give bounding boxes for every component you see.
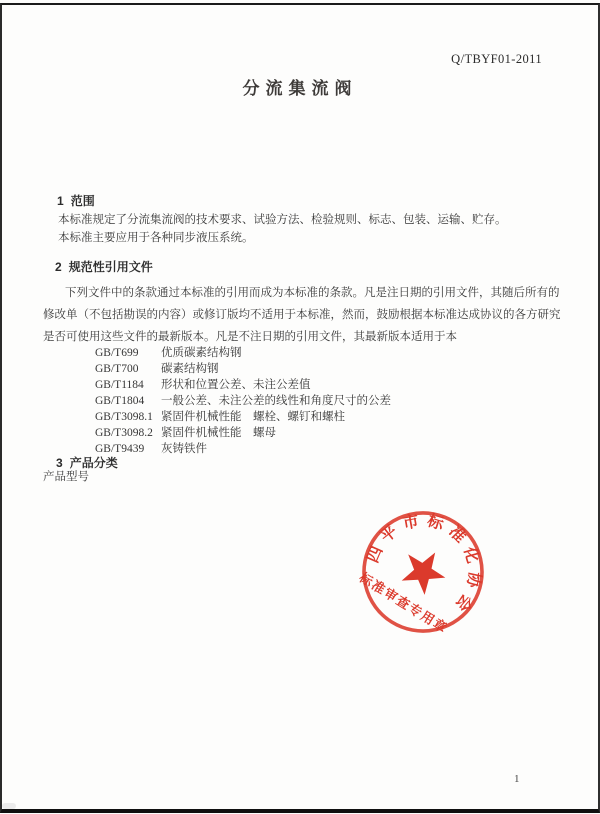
section-1-heading: 1范围 [57,192,95,209]
reference-row: GB/T3098.2紧固件机械性能 螺母 [95,425,391,441]
paragraph-line: 本标准规定了分流集流阀的技术要求、试验方法、检验规则、标志、包装、运输、贮存。 [58,211,507,229]
stamp-graphic: 四平市标准化协会 标准审查专用章 [313,462,533,682]
reference-code: GB/T700 [95,361,161,377]
section-2-paragraph: 下列文件中的条款通过本标准的引用而成为本标准的条款。凡是注日期的引用文件，其随后… [43,282,561,348]
reference-title: 灰铸铁件 [161,443,207,455]
reference-row: GB/T9439灰铸铁件 [95,441,391,457]
product-model-line: 产品型号 [43,468,89,484]
doc-code: Q/TBYF01-2011 [451,52,542,67]
reference-title: 紧固件机械性能 螺栓、螺钉和螺柱 [161,411,345,423]
section-2-heading: 2规范性引用文件 [55,258,153,275]
paragraph-line: 本标准主要应用于各种同步液压系统。 [58,229,507,247]
document-page: Q/TBYF01-2011 分流集流阀 1范围 本标准规定了分流集流阀的技术要求… [0,0,600,814]
paragraph-line: 修改单（不包括勘误的内容）或修订版均不适用于本标准，然而，鼓励根据本标准达成协议… [43,304,561,326]
stamp-banner-text: 标准审查专用章 [356,569,451,636]
section-1-title: 范围 [71,194,95,208]
reference-list: GB/T699优质碳素结构钢 GB/T700碳素结构钢 GB/T1184形状和位… [95,345,391,457]
section-2-title: 规范性引用文件 [69,260,153,274]
paragraph-line: 下列文件中的条款通过本标准的引用而成为本标准的条款。凡是注日期的引用文件，其随后… [43,282,561,304]
scan-smudge [2,803,16,809]
reference-row: GB/T699优质碳素结构钢 [95,345,391,361]
stamp-arc-text: 四平市标准化协会 [361,487,509,622]
reference-title: 优质碳素结构钢 [161,347,242,359]
reference-title: 一般公差、未注公差的线性和角度尺寸的公差 [161,395,391,407]
reference-row: GB/T1184形状和位置公差、未注公差值 [95,377,391,393]
section-1-paragraph: 本标准规定了分流集流阀的技术要求、试验方法、检验规则、标志、包装、运输、贮存。 … [58,211,507,247]
page-title: 分流集流阀 [0,74,600,99]
reference-code: GB/T1184 [95,377,161,393]
star-icon [395,541,454,599]
reference-code: GB/T3098.1 [95,409,161,425]
section-1-number: 1 [57,194,64,208]
page-number: 1 [514,773,520,785]
reference-code: GB/T1804 [95,393,161,409]
reference-row: GB/T1804一般公差、未注公差的线性和角度尺寸的公差 [95,393,391,409]
stamp-ring [342,491,505,654]
reference-row: GB/T700碳素结构钢 [95,361,391,377]
reference-code: GB/T699 [95,345,161,361]
reference-title: 碳素结构钢 [161,363,219,375]
reference-title: 形状和位置公差、未注公差值 [161,379,311,391]
reference-title: 紧固件机械性能 螺母 [161,427,276,439]
svg-text:四平市标准化协会: 四平市标准化协会 [361,487,509,622]
reference-row: GB/T3098.1紧固件机械性能 螺栓、螺钉和螺柱 [95,409,391,425]
reference-code: GB/T3098.2 [95,425,161,441]
section-2-number: 2 [55,260,62,274]
official-stamp: 四平市标准化协会 标准审查专用章 [313,462,533,682]
